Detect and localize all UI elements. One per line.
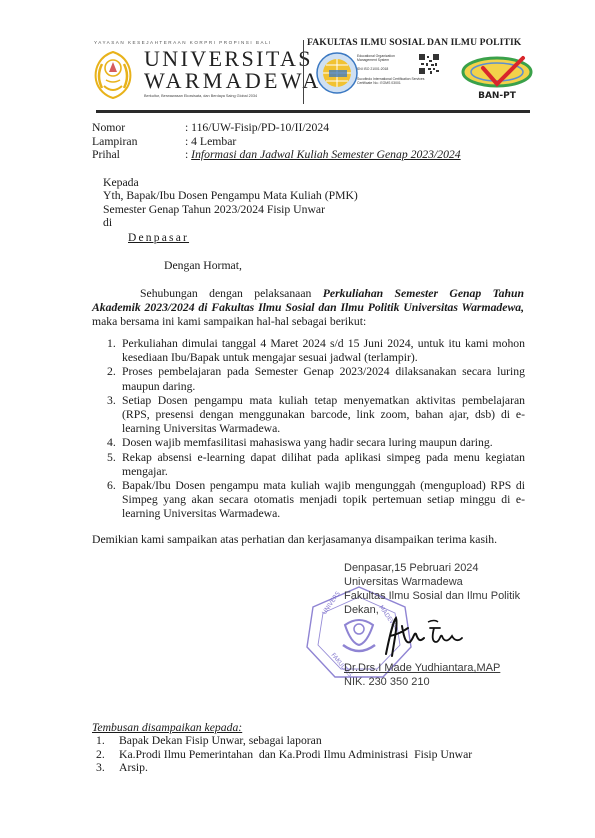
intro-paragraph: Sehubungan dengan pelaksanaan Perkuliaha…	[92, 287, 524, 330]
cc-list: 1.Bapak Dekan Fisip Unwar, sebagai lapor…	[96, 734, 472, 775]
closing-sentence: Demikian kami sampaikan atas perhatian d…	[92, 533, 497, 546]
university-letterhead: YAYASAN KESEJAHTERAAN KORPRI PROPINSI BA…	[88, 38, 306, 102]
list-item: 2.Proses pembelajaran pada Semester Gena…	[107, 365, 525, 393]
meta-attachment: Lampiran : 4 Lembar	[92, 135, 461, 149]
instruction-list: 1.Perkuliahan dimulai tanggal 4 Maret 20…	[107, 337, 525, 522]
iso-certificate-number: Certificate No.: EOMS 03001	[357, 81, 401, 85]
foundation-name: YAYASAN KESEJAHTERAAN KORPRI PROPINSI BA…	[94, 40, 272, 45]
greeting: Dengan Hormat,	[164, 259, 242, 272]
subject-text: Informasi dan Jadwal Kuliah Semester Gen…	[191, 148, 460, 162]
place-date: Denpasar,15 Pebruari 2024	[344, 561, 520, 575]
list-item: 5.Rekap absensi e-learning dapat dilihat…	[107, 451, 525, 479]
signer-nik: NIK. 230 350 210	[344, 676, 430, 688]
iso-system-line2: Management System	[357, 58, 389, 62]
meta-subject: Prihal : Informasi dan Jadwal Kuliah Sem…	[92, 148, 461, 162]
faculty-name: FAKULTAS ILMU SOSIAL DAN ILMU POLITIK	[307, 37, 521, 48]
svg-text:BAN-PT: BAN-PT	[478, 91, 517, 101]
handwritten-signature-icon	[380, 614, 470, 660]
university-crest-icon	[88, 46, 138, 100]
recipient-address: Kepada Yth, Bapak/Ibu Dosen Pengampu Mat…	[103, 176, 358, 230]
list-item: 2.Ka.Prodi Ilmu Pemerintahan dan Ka.Prod…	[96, 748, 472, 762]
list-item: 6.Bapak/Ibu Dosen pengampu mata kuliah w…	[107, 479, 525, 522]
svg-text:UNIVERS: UNIVERS	[321, 590, 342, 616]
faculty-letterhead: FAKULTAS ILMU SOSIAL DAN ILMU POLITIK Ed…	[307, 36, 537, 106]
ban-pt-accreditation-icon: BAN-PT	[457, 54, 537, 102]
meta-number: Nomor : 116/UW-Fisip/PD-10/II/2024	[92, 121, 461, 135]
university-motto: Berkultur, Berwawasan Ekowisata, dan Ber…	[144, 94, 257, 98]
university-name-line2: WARMADEWA	[144, 70, 322, 92]
sgs-certification-icon	[315, 51, 359, 95]
signer-faculty: Fakultas Ilmu Sosial dan Ilmu Politik	[344, 589, 520, 603]
signer-institution: Universitas Warmadewa	[344, 575, 520, 589]
list-item: 1.Bapak Dekan Fisip Unwar, sebagai lapor…	[96, 734, 472, 748]
list-item: 3.Arsip.	[96, 761, 472, 775]
signature-block: Denpasar,15 Pebruari 2024 Universitas Wa…	[344, 561, 520, 617]
university-name-line1: UNIVERSITAS	[144, 48, 313, 70]
qr-code-icon	[419, 54, 439, 74]
letter-meta: Nomor : 116/UW-Fisip/PD-10/II/2024 Lampi…	[92, 121, 461, 162]
letter-page: YAYASAN KESEJAHTERAAN KORPRI PROPINSI BA…	[0, 0, 595, 838]
letterhead-rule	[96, 110, 530, 113]
iso-standard: SNI ISO 21001:2018	[357, 67, 388, 71]
list-item: 1.Perkuliahan dimulai tanggal 4 Maret 20…	[107, 337, 525, 365]
list-item: 4.Dosen wajib memfasilitasi mahasiswa ya…	[107, 436, 525, 450]
letterhead-divider	[303, 40, 304, 104]
cc-title: Tembusan disampaikan kepada:	[92, 721, 242, 734]
signer-name: Dr.Drs.I Made Yudhiantara,MAP	[344, 662, 500, 674]
recipient-city: Denpasar	[128, 232, 189, 244]
list-item: 3.Setiap Dosen pengampu mata kuliah teta…	[107, 394, 525, 437]
